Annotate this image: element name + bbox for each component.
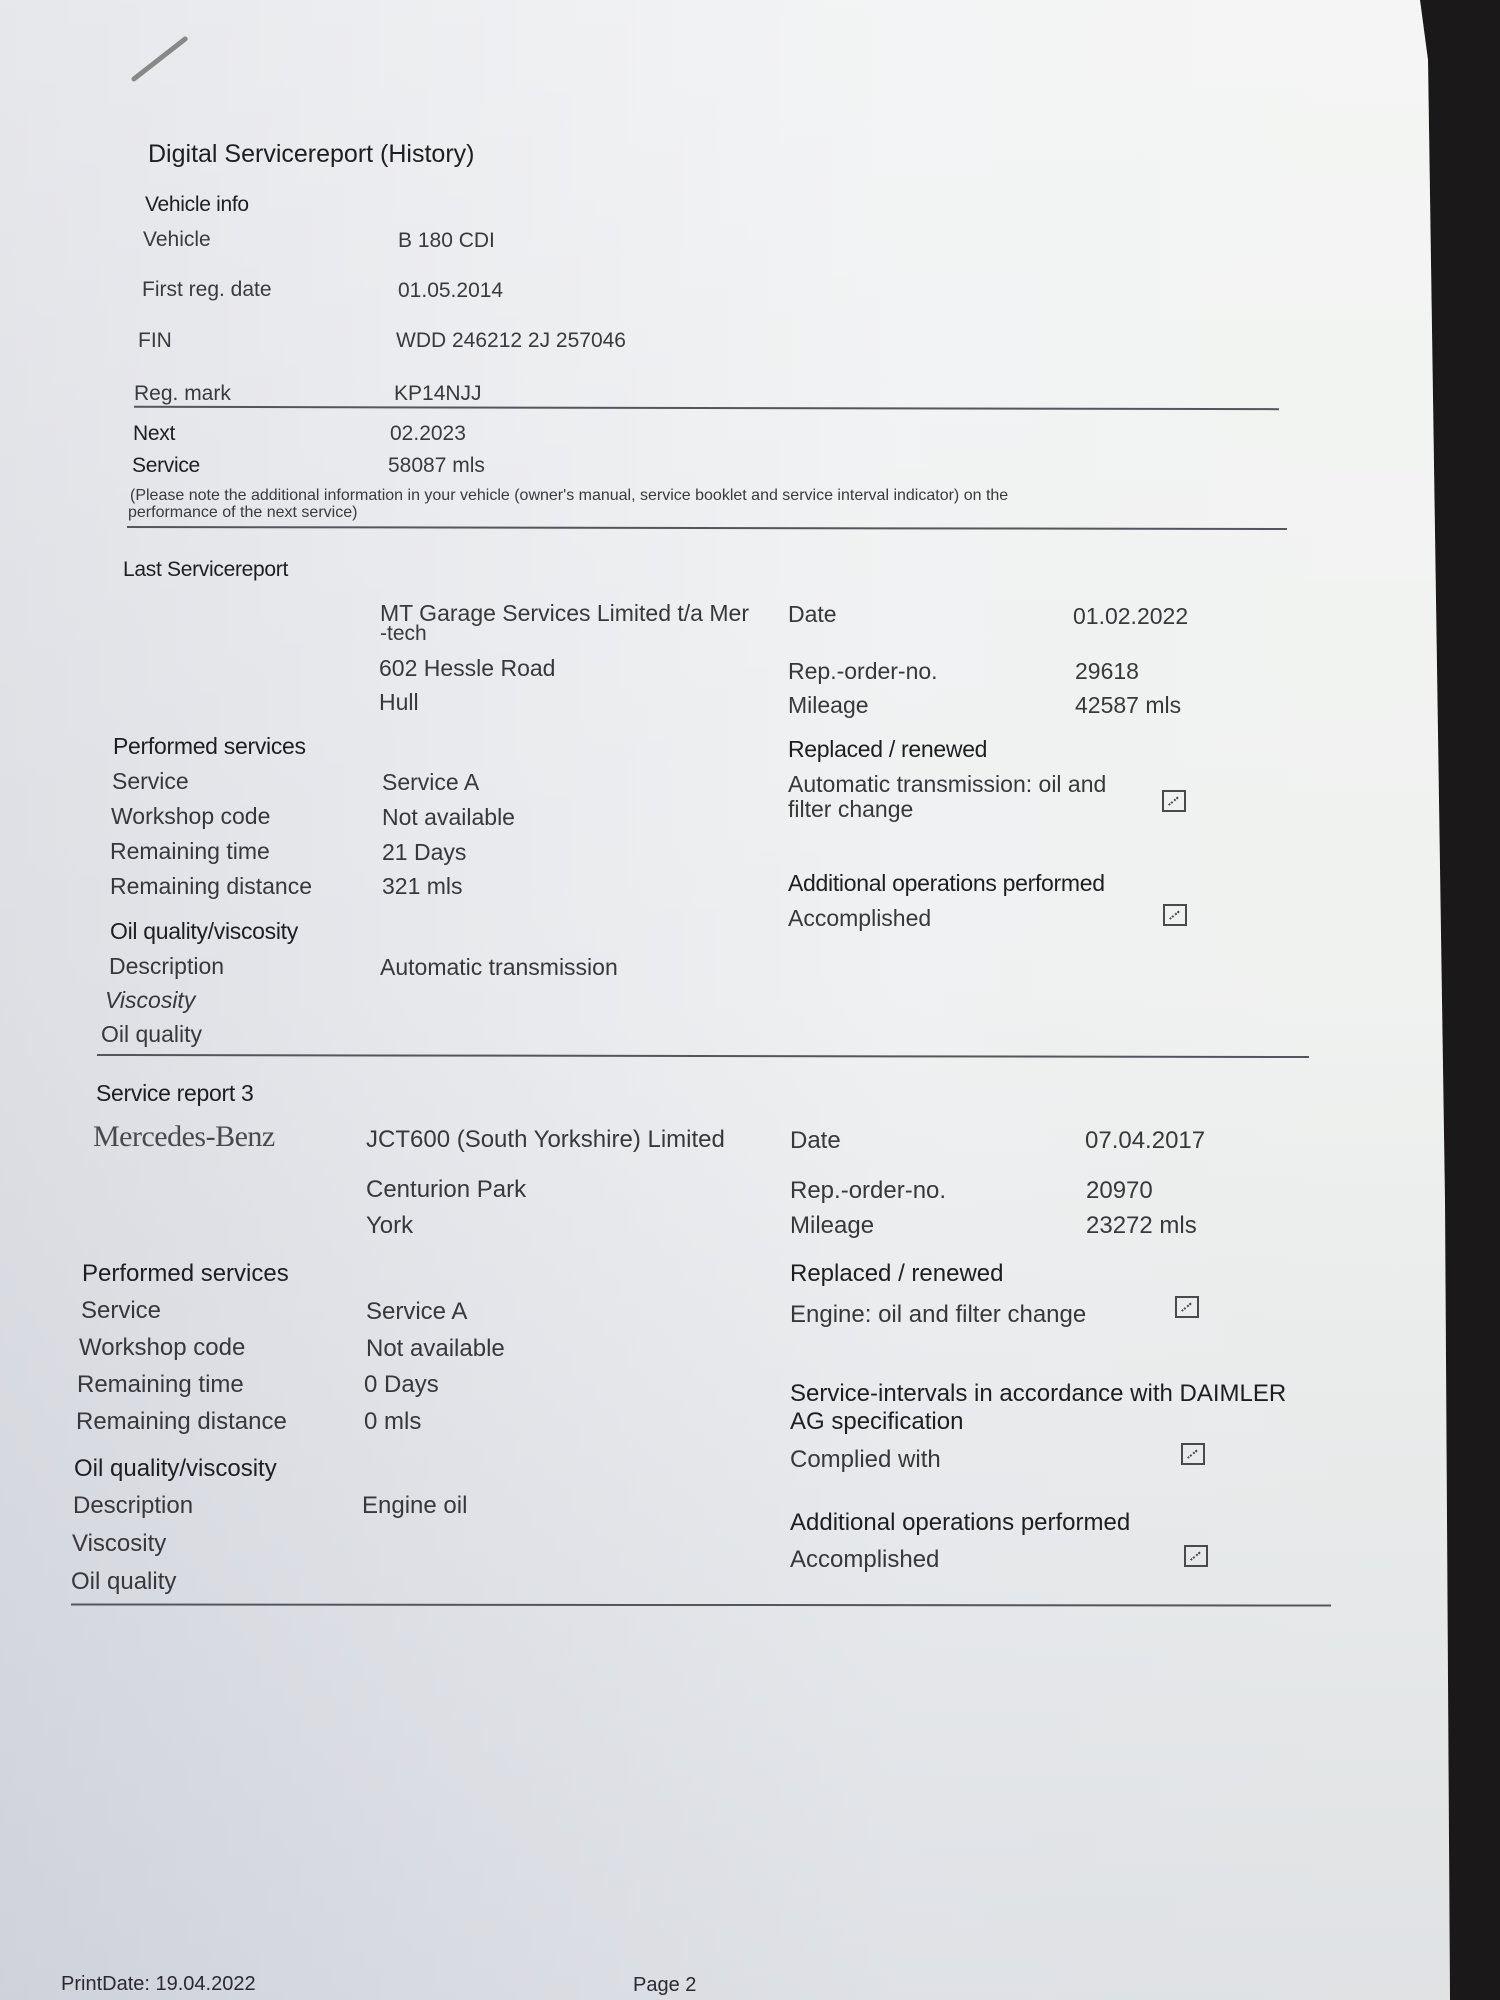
next-service-date: 02.2023	[390, 422, 466, 446]
r3-viscosity-label: Viscosity	[72, 1530, 166, 1558]
last-replaced-heading: Replaced / renewed	[788, 736, 987, 763]
last-remaining-time-value: 21 Days	[382, 839, 466, 866]
r3-remaining-distance-value: 0 mls	[364, 1408, 421, 1436]
last-oil-description-label: Description	[109, 953, 224, 980]
r3-replaced-item: Engine: oil and filter change	[790, 1301, 1086, 1329]
r3-additional-heading: Additional operations performed	[790, 1509, 1130, 1537]
last-viscosity-label: Viscosity	[105, 987, 195, 1014]
last-remaining-distance-label: Remaining distance	[110, 873, 312, 900]
r3-oil-description-label: Description	[73, 1492, 193, 1520]
mercedes-benz-logo: Mercedes-Benz	[93, 1120, 275, 1154]
r3-mileage-label: Mileage	[790, 1212, 874, 1240]
last-oil-quality-label: Oil quality	[101, 1021, 202, 1048]
r3-intervals-item: Complied with	[790, 1446, 941, 1474]
r3-service-label: Service	[81, 1297, 161, 1325]
last-oil-description-value: Automatic transmission	[380, 954, 618, 981]
r3-oil-quality-label: Oil quality	[71, 1568, 176, 1596]
report3-heading: Service report 3	[96, 1080, 254, 1107]
first-reg-value: 01.05.2014	[398, 279, 503, 303]
last-order-label: Rep.-order-no.	[788, 658, 938, 685]
next-service-mileage: 58087 mls	[388, 454, 485, 478]
checkbox-checked-icon	[1162, 790, 1186, 812]
checkbox-checked-icon	[1181, 1443, 1205, 1465]
r3-date-value: 07.04.2017	[1085, 1127, 1205, 1155]
last-service-value: Service A	[382, 769, 479, 796]
r3-dealer-city: York	[366, 1212, 413, 1240]
last-dealer-city: Hull	[379, 689, 419, 716]
print-date: PrintDate: 19.04.2022	[61, 1973, 256, 1996]
fin-label: FIN	[138, 329, 172, 353]
last-workshop-label: Workshop code	[111, 803, 270, 830]
r3-workshop-label: Workshop code	[79, 1334, 245, 1362]
last-additional-item: Accomplished	[788, 905, 931, 932]
last-dealer-address: 602 Hessle Road	[379, 655, 555, 682]
divider	[134, 406, 1279, 410]
last-workshop-value: Not available	[382, 804, 515, 831]
vehicle-label: Vehicle	[143, 228, 211, 252]
r3-replaced-heading: Replaced / renewed	[790, 1260, 1003, 1288]
r3-dealer-address: Centurion Park	[366, 1176, 526, 1204]
reg-mark-value: KP14NJJ	[394, 382, 482, 406]
last-service-label: Service	[112, 768, 189, 795]
reg-mark-label: Reg. mark	[134, 382, 231, 406]
r3-remaining-time-value: 0 Days	[364, 1371, 439, 1399]
checkbox-checked-icon	[1175, 1296, 1199, 1318]
r3-intervals-heading-2: AG specification	[790, 1408, 963, 1436]
document-title: Digital Servicereport (History)	[148, 140, 474, 169]
r3-order-value: 20970	[1086, 1177, 1153, 1205]
last-dealer-name-1: MT Garage Services Limited t/a Mer	[380, 600, 749, 627]
divider	[97, 1054, 1309, 1058]
last-oil-heading: Oil quality/viscosity	[110, 918, 298, 945]
r3-order-label: Rep.-order-no.	[790, 1177, 946, 1205]
staple-mark	[130, 35, 188, 82]
last-report-heading: Last Servicereport	[123, 558, 288, 582]
r3-mileage-value: 23272 mls	[1086, 1212, 1197, 1240]
paper-sheet: Digital Servicereport (History) Vehicle …	[0, 0, 1500, 2000]
last-performed-heading: Performed services	[113, 733, 306, 760]
r3-remaining-distance-label: Remaining distance	[76, 1408, 287, 1436]
first-reg-label: First reg. date	[142, 278, 272, 302]
last-remaining-time-label: Remaining time	[110, 838, 270, 865]
next-service-note-2: performance of the next service)	[128, 504, 357, 522]
r3-intervals-heading-1: Service-intervals in accordance with DAI…	[790, 1380, 1286, 1408]
r3-performed-heading: Performed services	[82, 1260, 289, 1288]
last-mileage-label: Mileage	[788, 692, 869, 719]
r3-remaining-time-label: Remaining time	[77, 1371, 244, 1399]
r3-workshop-value: Not available	[366, 1335, 505, 1363]
r3-service-value: Service A	[366, 1298, 467, 1326]
r3-date-label: Date	[790, 1127, 841, 1155]
last-replaced-item-1: Automatic transmission: oil and	[788, 771, 1106, 798]
last-replaced-item-2: filter change	[788, 796, 913, 823]
last-additional-heading: Additional operations performed	[788, 870, 1105, 897]
last-remaining-distance-value: 321 mls	[382, 873, 463, 900]
last-date-value: 01.02.2022	[1073, 603, 1188, 630]
page-number: Page 2	[633, 1974, 696, 1997]
r3-dealer-name: JCT600 (South Yorkshire) Limited	[366, 1126, 725, 1154]
checkbox-checked-icon	[1163, 904, 1187, 926]
next-service-label-1: Next	[133, 422, 175, 446]
last-mileage-value: 42587 mls	[1075, 692, 1181, 719]
last-dealer-name-2: -tech	[380, 622, 427, 646]
checkbox-checked-icon	[1184, 1545, 1208, 1567]
next-service-label-2: Service	[132, 454, 200, 478]
r3-oil-heading: Oil quality/viscosity	[74, 1455, 277, 1483]
divider	[71, 1603, 1331, 1606]
divider	[127, 526, 1287, 530]
next-service-note-1: (Please note the additional information …	[130, 487, 1008, 505]
last-date-label: Date	[788, 601, 837, 628]
r3-additional-item: Accomplished	[790, 1546, 939, 1574]
last-order-value: 29618	[1075, 658, 1139, 685]
vehicle-value: B 180 CDI	[398, 229, 495, 253]
r3-oil-description-value: Engine oil	[362, 1492, 467, 1520]
fin-value: WDD 246212 2J 257046	[396, 329, 626, 353]
vehicle-info-heading: Vehicle info	[145, 193, 249, 217]
